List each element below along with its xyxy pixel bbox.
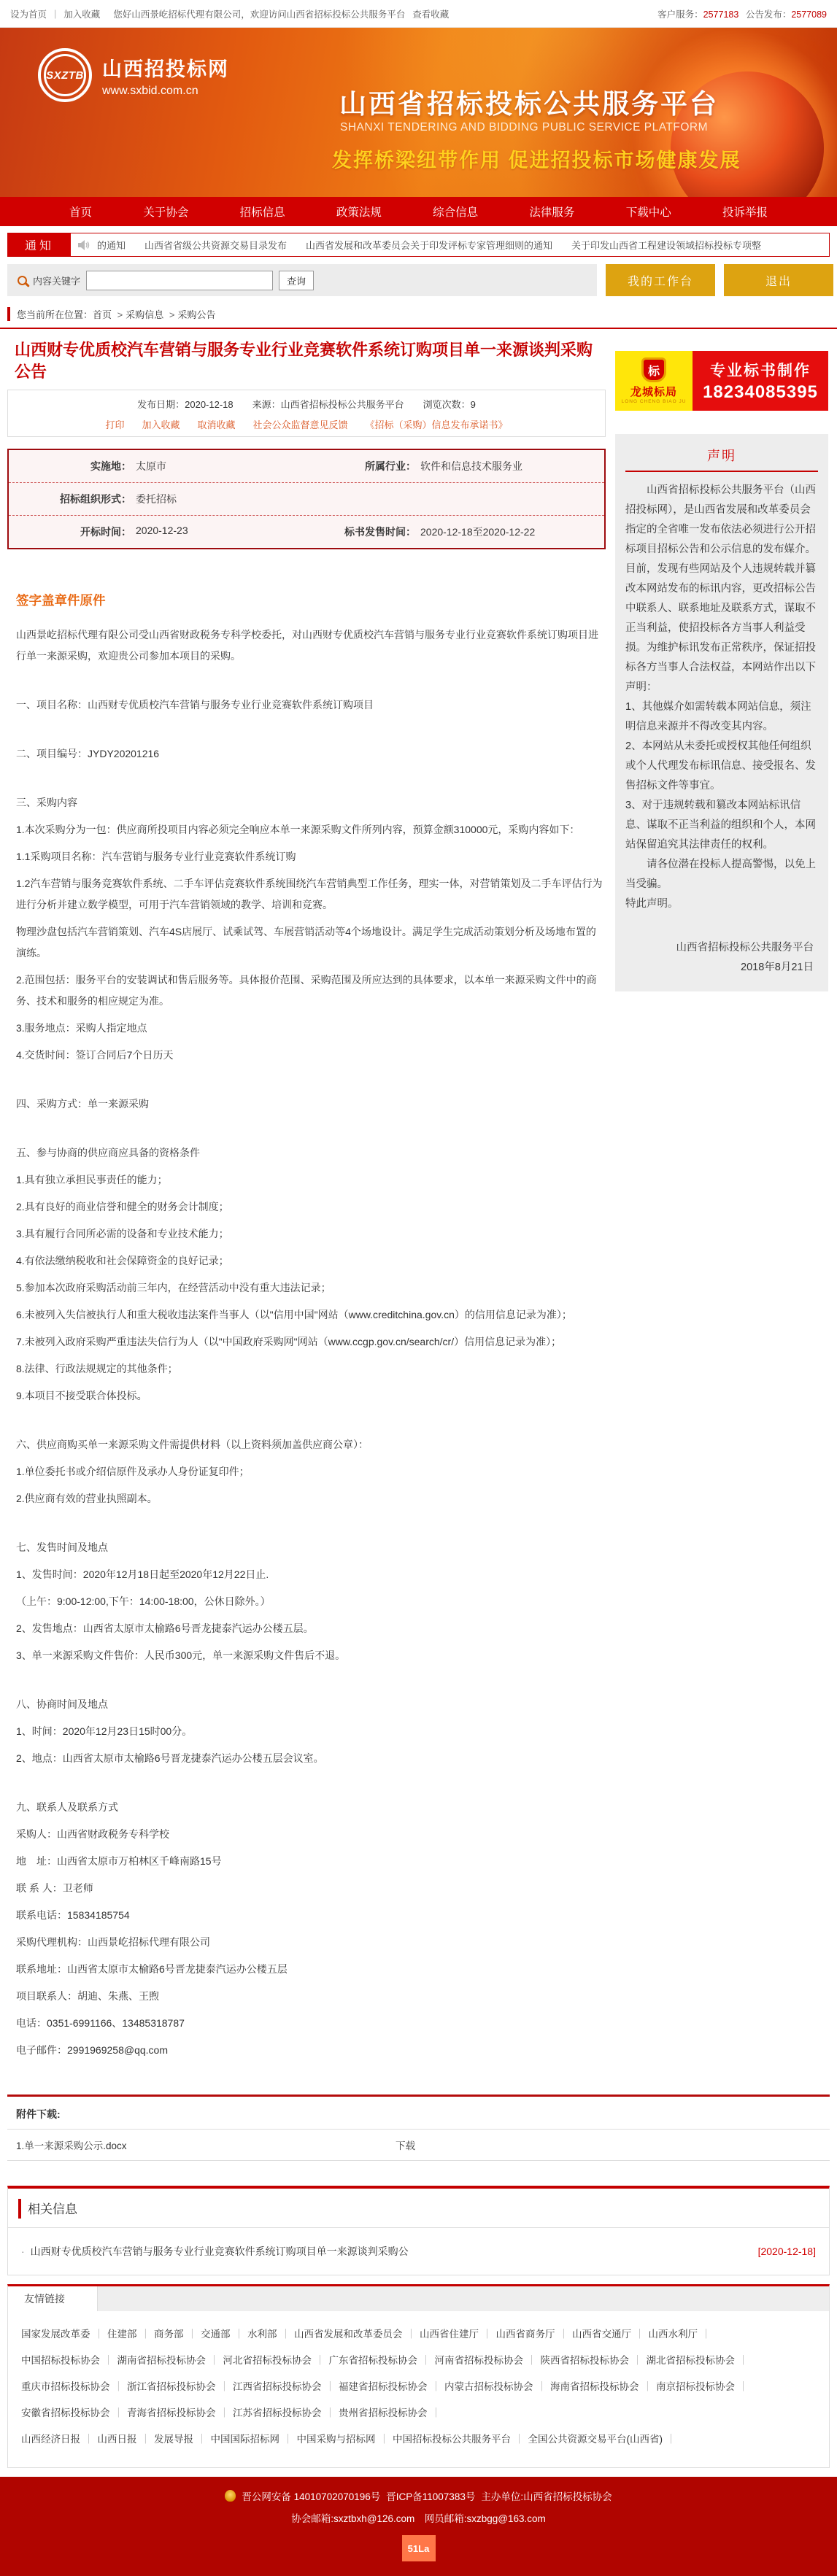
- friend-link[interactable]: 福建省招标投标协会: [339, 2381, 444, 2392]
- article-paragraph: 6.未被列入失信被执行人和重大税收违法案件当事人（以"信用中国"网站（www.c…: [16, 1301, 606, 1328]
- declaration-paragraph: 3、对于违规转载和篡改本网站标讯信息、谋取不正当利益的组织和个人，本网站保留追究…: [625, 796, 818, 855]
- table-row: 实施地： 太原市 所属行业： 软件和信息技术服务业: [9, 450, 604, 483]
- related-item-row: · 山西财专优质校汽车营销与服务专业行业竞赛软件系统订购项目单一来源谈判采购公 …: [8, 2228, 829, 2275]
- article-column: 山西财专优质校汽车营销与服务专业行业竞赛软件系统订购项目单一来源谈判采购公告 发…: [7, 339, 606, 2064]
- industry-value: 软件和信息技术服务业: [420, 459, 522, 473]
- article-paragraph: 8.法律、行政法规规定的其他条件；: [16, 1355, 606, 1382]
- article-paragraph: 3.具有履行合同所必需的设备和专业技术能力；: [16, 1221, 606, 1248]
- friend-link[interactable]: 山西水利厅: [649, 2329, 715, 2340]
- top-utility-bar: 设为首页 | 加入收藏 您好山西景屹招标代理有限公司，欢迎访问山西省招标投标公共…: [0, 0, 837, 28]
- project-info-table: 实施地： 太原市 所属行业： 软件和信息技术服务业 招标组织形式： 委托招标 开…: [7, 449, 606, 549]
- sale-time-label: 标书发售时间：: [306, 525, 416, 539]
- right-sidebar: 标 龙城标局 LONG CHENG BIAO JU 专业标书制作 1823408…: [615, 351, 828, 991]
- article-paragraph: 4.有依法缴纳税收和社会保障资金的良好记录；: [16, 1248, 606, 1275]
- welcome-text: 您好山西景屹招标代理有限公司，欢迎访问山西省招标投标公共服务平台: [113, 7, 405, 20]
- bullet-icon: ·: [21, 2246, 25, 2257]
- friend-link[interactable]: 江苏省招标投标协会: [233, 2407, 339, 2418]
- beian-gongan: 晋公网安备 14010702070196号: [242, 2488, 380, 2503]
- platform-slogan: 发挥桥梁纽带作用 促进招投标市场健康发展: [332, 144, 741, 173]
- article-paragraph: 1.具有独立承担民事责任的能力；: [16, 1167, 606, 1194]
- friend-link[interactable]: 山西经济日报: [21, 2434, 98, 2445]
- declaration-paragraph: 2、本网站从未委托或授权其他任何组织或个人代理发布标讯信息、接受报名、发售招标文…: [625, 737, 818, 796]
- ad-phone: 18234085395: [703, 382, 818, 403]
- nav-item[interactable]: 政策法规: [336, 204, 382, 220]
- divider-red: [0, 328, 837, 329]
- friend-link[interactable]: 浙江省招标投标协会: [127, 2381, 233, 2392]
- main-nav: 首页关于协会招标信息政策法规综合信息法律服务下载中心投诉举报: [0, 197, 837, 226]
- friend-link[interactable]: 陕西省招标投标协会: [541, 2355, 647, 2366]
- friend-link[interactable]: 中国采购与招标网: [297, 2434, 393, 2445]
- separator: |: [54, 9, 56, 19]
- article-paragraph: 2、地点：山西省太原市太榆路6号晋龙捷泰汽运办公楼五层会议室。: [16, 1745, 606, 1772]
- article-paragraph: 7.未被列入政府采购严重违法失信行为人（以"中国政府采购网"网站（www.ccg…: [16, 1328, 606, 1355]
- article-paragraph: 二、项目编号：JYDY20201216: [16, 740, 606, 767]
- article-paragraph: 2.供应商有效的营业执照副本。: [16, 1485, 606, 1512]
- declaration-paragraph: 请各位潜在投标人提高警惕，以免上当受骗。: [625, 855, 818, 894]
- friend-link[interactable]: 住建部: [107, 2329, 154, 2340]
- notice-bar: 通知 的通知 山西省省级公共资源交易目录发布 山西省发展和改革委员会关于印发评标…: [7, 233, 830, 257]
- impl-place-value: 太原市: [136, 459, 166, 473]
- friend-link[interactable]: 重庆市招标投标协会: [21, 2381, 127, 2392]
- customer-service-label: 客户服务：: [657, 9, 703, 20]
- customer-service-number: 2577183: [703, 9, 739, 20]
- article-body: 签字盖章件原件山西景屹招标代理有限公司受山西省财政税务专科学校委托，对山西财专优…: [7, 587, 606, 2064]
- ad-brand: 龙城标局: [630, 384, 677, 399]
- related-info-section: 相关信息 · 山西财专优质校汽车营销与服务专业行业竞赛软件系统订购项目单一来源谈…: [7, 2186, 830, 2275]
- beian-icp: 晋ICP备11007383号: [386, 2488, 475, 2503]
- logo-site-url: www.sxbid.com.cn: [102, 85, 229, 98]
- search-query-button[interactable]: 查询: [279, 271, 314, 290]
- ad-headline: 专业标书制作: [710, 359, 811, 381]
- article-action-link[interactable]: 《招标（采购）信息发布承诺书》: [366, 417, 508, 431]
- breadcrumb-prefix: 您当前所在位置：: [17, 307, 93, 321]
- logo-icon: SXZTB: [38, 48, 92, 102]
- friend-link[interactable]: 中国招标投标公共服务平台: [393, 2434, 528, 2445]
- publish-label: 公告发布：: [746, 9, 792, 20]
- org-form-label: 招标组织形式：: [9, 492, 131, 506]
- article-paragraph: 2.范围包括：服务平台的安装调试和售后服务等。具体报价范围、采购范围及所应达到的…: [16, 967, 606, 1015]
- page-footer: 晋公网安备 14010702070196号 晋ICP备11007383号 主办单…: [0, 2477, 837, 2576]
- declaration-date: 2018年8月21日: [625, 959, 818, 974]
- article-paragraph: 联系地址：山西省太原市太榆路6号晋龙捷泰汽运办公楼五层: [16, 1956, 606, 1983]
- article-paragraph: 三、采购内容: [16, 789, 606, 816]
- view-favorites-link[interactable]: 查看收藏: [412, 7, 449, 20]
- article-paragraph: 采购人：山西省财政税务专科学校: [16, 1821, 606, 1848]
- footer-emails: 协会邮箱:sxztbxh@126.com 网员邮箱:sxzbgg@163.com: [0, 2510, 837, 2525]
- breadcrumb-link[interactable]: 采购公告: [177, 307, 215, 321]
- friend-link[interactable]: 交通部: [201, 2329, 247, 2340]
- article-action-link[interactable]: 加入收藏: [142, 417, 180, 431]
- article-action-link[interactable]: 取消收藏: [197, 417, 235, 431]
- friend-link[interactable]: 山西日报: [98, 2434, 155, 2445]
- nav-item[interactable]: 投诉举报: [722, 204, 768, 220]
- attachment-download-link[interactable]: 下载: [396, 2138, 415, 2152]
- platform-title-en: SHANXI TENDERING AND BIDDING PUBLIC SERV…: [340, 121, 708, 134]
- sale-time-value: 2020-12-18至2020-12-22: [420, 525, 535, 539]
- logo-site-name: 山西招投标网: [102, 53, 229, 82]
- friend-link[interactable]: 中国招标投标协会: [21, 2355, 117, 2366]
- article-paragraph: 山西景屹招标代理有限公司受山西省财政税务专科学校委托，对山西财专优质校汽车营销与…: [16, 622, 606, 670]
- attachment-name: 1.单一来源采购公示.docx: [16, 2138, 396, 2152]
- friend-link[interactable]: 山西省发展和改革委员会: [294, 2329, 420, 2340]
- article-paragraph: 联 系 人：卫老师: [16, 1875, 606, 1902]
- article-paragraph: 签字盖章件原件: [16, 587, 606, 614]
- friend-link[interactable]: 中国国际招标网: [211, 2434, 297, 2445]
- friend-link[interactable]: 山西省住建厅: [420, 2329, 496, 2340]
- logout-button[interactable]: 退出: [724, 264, 833, 296]
- view-count: 浏览次数：9: [423, 397, 476, 411]
- article-paragraph: 4.交货时间：签订合同后7个日历天: [16, 1042, 606, 1069]
- ad-banner[interactable]: 标 龙城标局 LONG CHENG BIAO JU 专业标书制作 1823408…: [615, 351, 828, 411]
- article-paragraph: 3、单一来源采购文件售价：人民币300元，单一来源采购文件售后不退。: [16, 1642, 606, 1669]
- platform-title: 山西省招标投标公共服务平台: [339, 82, 719, 121]
- article-paragraph: 电子邮件：2991969258@qq.com: [16, 2037, 606, 2064]
- friend-link[interactable]: 国家发展改革委: [21, 2329, 107, 2340]
- attachment-row: 1.单一来源采购公示.docx 下载: [7, 2129, 830, 2161]
- impl-place-label: 实施地：: [9, 459, 131, 473]
- breadcrumb-link[interactable]: 首页: [93, 307, 126, 321]
- search-panel: 内容关键字 查询: [7, 264, 597, 296]
- friend-link[interactable]: 水利部: [247, 2329, 294, 2340]
- friend-link[interactable]: 青海省招标投标协会: [127, 2407, 233, 2418]
- notice-label: 通知: [8, 233, 71, 256]
- police-badge-icon: [225, 2490, 236, 2502]
- attachments-label: 附件下载:: [7, 2097, 830, 2129]
- friend-links-section: 友情链接 国家发展改革委住建部商务部交通部水利部山西省发展和改革委员会山西省住建…: [7, 2284, 830, 2468]
- article-paragraph: 八、协商时间及地点: [16, 1691, 606, 1718]
- table-row: 开标时间： 2020-12-23 标书发售时间： 2020-12-18至2020…: [9, 516, 604, 548]
- friend-link[interactable]: 江西省招标投标协会: [233, 2381, 339, 2392]
- friend-link[interactable]: 贵州省招标投标协会: [339, 2407, 444, 2418]
- host-unit: 主办单位:山西省招标投标协会: [481, 2488, 612, 2503]
- friend-link[interactable]: 河南省招标投标协会: [435, 2355, 541, 2366]
- nav-item[interactable]: 关于协会: [143, 204, 188, 220]
- article-paragraph: 一、项目名称：山西财专优质校汽车营销与服务专业行业竞赛软件系统订购项目: [16, 692, 606, 719]
- site-logo[interactable]: SXZTB 山西招投标网 www.sxbid.com.cn: [38, 48, 229, 102]
- table-row: 招标组织形式： 委托招标: [9, 483, 604, 516]
- friend-link[interactable]: 内蒙古招标投标协会: [444, 2381, 550, 2392]
- publish-info-box: 发布日期：2020-12-18 来源：山西省招标投标公共服务平台 浏览次数：9 …: [7, 390, 606, 437]
- related-item-date: [2020-12-18]: [758, 2246, 816, 2257]
- article-paragraph: 1、发售时间：2020年12月18日起至2020年12月22日止.: [16, 1561, 606, 1588]
- article-paragraph: （上午：9:00-12:00,下午：14:00-18:00，公休日除外。）: [16, 1588, 606, 1615]
- article-paragraph: 1.本次采购分为一包：供应商所投项目内容必须完全响应本单一来源采购文件所列内容，…: [16, 816, 606, 843]
- search-label: 内容关键字: [33, 274, 80, 287]
- nav-item[interactable]: 法律服务: [529, 204, 574, 220]
- article-paragraph: 六、供应商购买单一来源采购文件需提供材料（以上资料须加盖供应商公章）：: [16, 1431, 606, 1458]
- article-paragraph: 七、发售时间及地点: [16, 1534, 606, 1561]
- breadcrumb: 您当前所在位置： 首页采购信息采购公告: [7, 307, 830, 321]
- search-row: 内容关键字 查询 我的工作台 退出: [7, 264, 830, 296]
- open-time-value: 2020-12-23: [136, 525, 188, 539]
- nav-item[interactable]: 首页: [69, 204, 92, 220]
- article-paragraph: 9.本项目不接受联合体投标。: [16, 1382, 606, 1409]
- nav-item[interactable]: 综合信息: [433, 204, 478, 220]
- article-paragraph: 1.1采购项目名称：汽车营销与服务专业行业竞赛软件系统订购: [16, 843, 606, 870]
- article-paragraph: 5.参加本次政府采购活动前三年内，在经营活动中没有重大违法记录；: [16, 1275, 606, 1301]
- article-paragraph: 2.具有良好的商业信誉和健全的财务会计制度；: [16, 1194, 606, 1221]
- article-paragraph: 2、发售地点：山西省太原市太榆路6号晋龙捷泰汽运办公楼五层。: [16, 1615, 606, 1642]
- article-paragraph: 电话：0351-6991166、13485318787: [16, 2010, 606, 2037]
- friend-link[interactable]: 发展导报: [154, 2434, 211, 2445]
- page-title: 山西财专优质校汽车营销与服务专业行业竞赛软件系统订购项目单一来源谈判采购公告: [15, 339, 606, 382]
- search-icon: [18, 276, 27, 285]
- nav-item[interactable]: 下载中心: [626, 204, 671, 220]
- set-home-link[interactable]: 设为首页: [10, 7, 47, 20]
- article-action-link[interactable]: 社会公众监督意见反馈: [253, 417, 348, 431]
- related-info-title: 相关信息: [18, 2199, 829, 2219]
- friend-link[interactable]: 湖北省招标投标协会: [647, 2355, 752, 2366]
- friend-links-tab[interactable]: 友情链接: [8, 2286, 98, 2311]
- article-action-link[interactable]: 打印: [105, 417, 124, 431]
- article-paragraph: 联系电话：15834185754: [16, 1902, 606, 1929]
- article-paragraph: 1.单位委托书或介绍信原件及承办人身份证复印件；: [16, 1458, 606, 1485]
- add-favorite-link[interactable]: 加入收藏: [63, 7, 100, 20]
- article-paragraph: 项目联系人：胡迪、朱燕、王煦: [16, 1983, 606, 2010]
- article-paragraph: 四、采购方式：单一来源采购: [16, 1091, 606, 1118]
- content-area: 山西财专优质校汽车营销与服务专业行业竞赛软件系统订购项目单一来源谈判采购公告 发…: [0, 339, 837, 2275]
- declaration-paragraph: 1、其他媒介如需转载本网站信息，须注明信息来源并不得改变其内容。: [625, 697, 818, 737]
- ad-shield-icon: 标: [641, 357, 666, 382]
- article-paragraph: 地 址：山西省太原市万柏林区千峰南路15号: [16, 1848, 606, 1875]
- logo-abbr: SXZTB: [46, 69, 84, 82]
- friend-link[interactable]: 全国公共资源交易平台(山西省): [528, 2434, 680, 2445]
- friend-link[interactable]: 山西省商务厅: [496, 2329, 573, 2340]
- friend-link[interactable]: 南京招标投标协会: [656, 2381, 752, 2392]
- speaker-icon: [78, 240, 90, 250]
- ad-brand-sub: LONG CHENG BIAO JU: [622, 399, 687, 404]
- 51la-counter-badge[interactable]: 51La: [402, 2535, 436, 2561]
- breadcrumb-link[interactable]: 采购信息: [126, 307, 177, 321]
- site-banner: SXZTB 山西招投标网 www.sxbid.com.cn 山西省招标投标公共服…: [0, 28, 837, 197]
- friend-link[interactable]: 商务部: [154, 2329, 201, 2340]
- friend-link[interactable]: 海南省招标投标协会: [550, 2381, 656, 2392]
- open-time-label: 开标时间：: [9, 525, 131, 539]
- workbench-button[interactable]: 我的工作台: [606, 264, 715, 296]
- article-paragraph: 1、时间：2020年12月23日15时00分。: [16, 1718, 606, 1745]
- article-paragraph: 3.服务地点：采购人指定地点: [16, 1015, 606, 1042]
- declaration-panel: 声明 山西省招标投标公共服务平台（山西招投标网），是山西省发展和改革委员会指定的…: [615, 434, 828, 991]
- article-paragraph: 五、参与协商的供应商应具备的资格条件: [16, 1140, 606, 1167]
- related-item-link[interactable]: 山西财专优质校汽车营销与服务专业行业竞赛软件系统订购项目单一来源谈判采购公: [31, 2244, 758, 2259]
- friend-link[interactable]: 山西省交通厅: [572, 2329, 649, 2340]
- friend-link[interactable]: 湖南省招标投标协会: [117, 2355, 223, 2366]
- publish-number: 2577089: [791, 9, 827, 20]
- nav-item[interactable]: 招标信息: [240, 204, 285, 220]
- friend-link[interactable]: 安徽省招标投标协会: [21, 2407, 127, 2418]
- industry-label: 所属行业：: [306, 459, 416, 473]
- declaration-paragraph: 特此声明。: [625, 894, 818, 914]
- article-paragraph: 物理沙盘包括汽车营销策划、汽车4S店展厅、试乘试驾、车展营销活动等4个场地设计。…: [16, 918, 606, 967]
- friend-link[interactable]: 河北省招标投标协会: [223, 2355, 329, 2366]
- org-form-value: 委托招标: [136, 492, 177, 506]
- declaration-signature: 山西省招标投标公共服务平台: [625, 939, 818, 954]
- friend-link[interactable]: 广东省招标投标协会: [329, 2355, 435, 2366]
- search-input[interactable]: [86, 271, 273, 290]
- declaration-title: 声明: [625, 446, 818, 472]
- article-paragraph: 1.2汽车营销与服务竞赛软件系统、二手车评估竞赛软件系统围绕汽车营销典型工作任务…: [16, 870, 606, 918]
- publish-date: 发布日期：2020-12-18: [137, 397, 234, 411]
- article-paragraph: 九、联系人及联系方式: [16, 1794, 606, 1821]
- notice-marquee[interactable]: 的通知 山西省省级公共资源交易目录发布 山西省发展和改革委员会关于印发评标专家管…: [97, 238, 761, 252]
- declaration-paragraph: 山西省招标投标公共服务平台（山西招投标网），是山西省发展和改革委员会指定的全省唯…: [625, 481, 818, 697]
- article-paragraph: 采购代理机构：山西景屹招标代理有限公司: [16, 1929, 606, 1956]
- publish-source: 来源：山西省招标投标公共服务平台: [252, 397, 404, 411]
